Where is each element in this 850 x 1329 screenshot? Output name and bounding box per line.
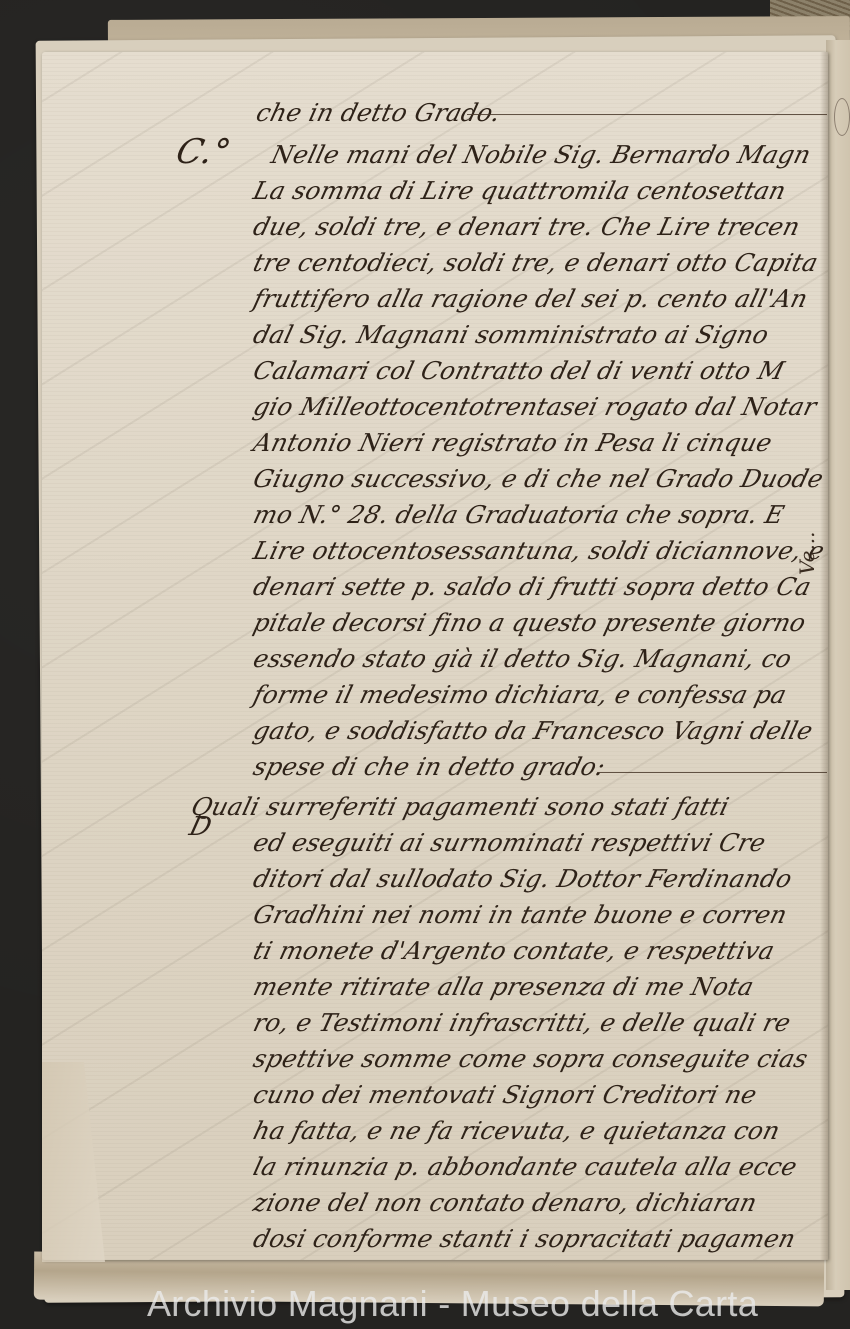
manuscript-continued: dosi conforme stanti i sopracitati pagam… — [42, 52, 828, 1260]
facing-page-edge — [826, 40, 850, 1290]
archive-watermark: Archivio Magnani - Museo della Carta — [0, 1283, 850, 1325]
margin-annotation: Ve... — [795, 395, 825, 575]
manuscript-line: dosi conforme stanti i sopracitati pagam… — [250, 1224, 798, 1253]
seal-mark-icon — [834, 98, 850, 136]
